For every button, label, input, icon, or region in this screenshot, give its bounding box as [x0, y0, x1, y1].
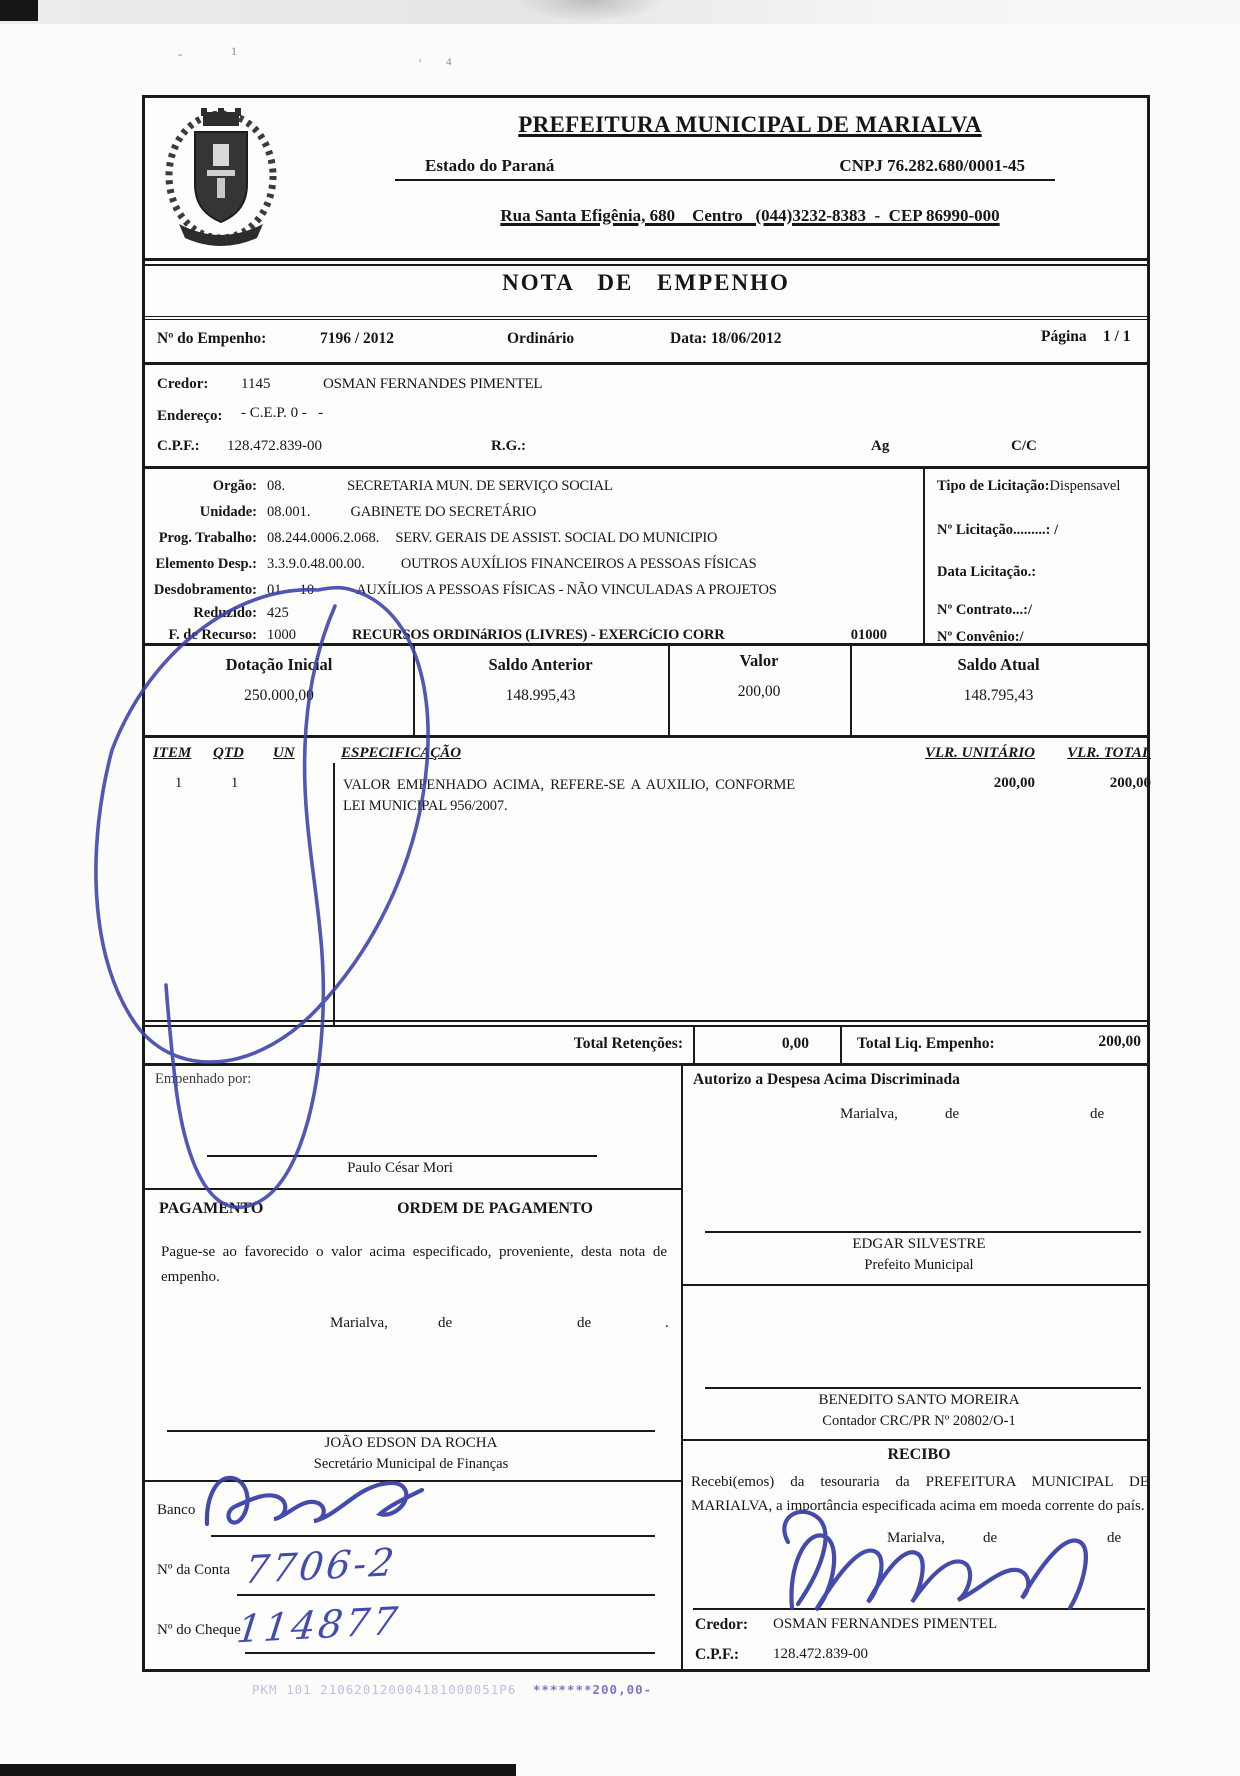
- scanned-document-page: - 1 ' 4 PREFEITURA MUNICIPAL DE MARIALVA: [0, 0, 1240, 1776]
- num-contrato: Nº Contrato...:/: [937, 602, 1032, 619]
- municipal-coat-of-arms: [157, 104, 285, 254]
- items-header-espec: ESPECIFICAÇÃO: [341, 745, 461, 762]
- dotacao-header: Saldo Atual: [850, 655, 1147, 675]
- total-retencoes-label: Total Retenções:: [435, 1035, 683, 1053]
- orgao-row: Orgão: 08. SECRETARIA MUN. DE SERVIÇO SO…: [145, 478, 917, 495]
- total-retencoes-value: 0,00: [701, 1035, 809, 1053]
- num-licitacao: Nº Licitação.........: /: [937, 522, 1058, 539]
- cpf-label: C.P.F.:: [157, 438, 200, 455]
- items-header-un: UN: [273, 745, 295, 762]
- nota-de-empenho-form: PREFEITURA MUNICIPAL DE MARIALVA Estado …: [142, 95, 1150, 1672]
- cheque-label: Nº do Cheque: [157, 1622, 241, 1639]
- cc-label: C/C: [1011, 438, 1037, 455]
- machine-print-dark: *******200,00-: [533, 1682, 652, 1697]
- orgao-row: Desdobramento: 01 10 AUXÍLIOS A PESSOAS …: [145, 582, 917, 599]
- items-header-unitario: VLR. UNITÁRIO: [885, 745, 1035, 762]
- scan-corner-mark: [0, 0, 38, 21]
- dotacao-header: Dotação Inicial: [145, 655, 413, 675]
- empenho-number-value: 7196 / 2012: [320, 330, 394, 348]
- total-liq-value: 200,00: [1003, 1033, 1141, 1051]
- pagamento-text: Pague-se ao favorecido o valor acima esp…: [161, 1240, 667, 1290]
- stray-mark: -: [178, 46, 182, 62]
- page-value: 1 / 1: [1103, 328, 1131, 346]
- dotacao-value: 250.000,00: [145, 687, 413, 705]
- prefeito-name: EDGAR SILVESTRE: [693, 1236, 1145, 1253]
- orgao-row: F. de Recurso: 1000 RECURSOS ORDINáRIOS …: [145, 627, 917, 644]
- tipo-licitacao-label: Tipo de Licitação:: [937, 478, 1050, 494]
- tipo-licitacao-value: Dispensavel: [1050, 478, 1121, 494]
- contador-name: BENEDITO SANTO MOREIRA: [693, 1392, 1145, 1409]
- total-liq-label: Total Liq. Empenho:: [857, 1035, 995, 1053]
- dotacao-value: 148.995,43: [413, 687, 668, 705]
- empenho-number-row: Nº do Empenho: 7196 / 2012 Ordinário Dat…: [145, 316, 1147, 365]
- recibo-credor-name: OSMAN FERNANDES PIMENTEL: [773, 1616, 997, 1633]
- dotacao-value: 200,00: [668, 683, 850, 701]
- credor-name: OSMAN FERNANDES PIMENTEL: [323, 376, 542, 393]
- scan-bottom-bar: [0, 1764, 516, 1776]
- orgao-row: Reduzido: 425: [145, 605, 917, 622]
- recibo-text: Recebi(emos) da tesouraria da PREFEITURA…: [691, 1471, 1149, 1518]
- pagamento-title: PAGAMENTO: [159, 1200, 263, 1218]
- document-title: NOTA DE EMPENHO: [502, 270, 790, 295]
- stray-mark: ': [419, 56, 421, 72]
- contador-role: Contador CRC/PR Nº 20802/O-1: [693, 1413, 1145, 1430]
- stray-mark: 4: [446, 56, 452, 68]
- conta-label: Nº da Conta: [157, 1562, 230, 1579]
- item-qtd: 1: [231, 775, 238, 792]
- recibo-cpf-label: C.P.F.:: [695, 1646, 739, 1664]
- autorizo-date-line: Marialva, de de: [145, 1106, 1147, 1126]
- ag-label: Ag: [871, 438, 889, 455]
- endereco-value: - C.E.P. 0 - -: [241, 405, 323, 422]
- totals-row: Total Retenções: 0,00 Total Liq. Empenho…: [145, 1025, 1147, 1066]
- address-row: Rua Santa Efigênia, 680 Centro (044)3232…: [365, 206, 1135, 226]
- credor-label: Credor:: [157, 376, 208, 393]
- orgao-section: Orgão: 08. SECRETARIA MUN. DE SERVIÇO SO…: [145, 466, 1147, 646]
- autorizo-title: Autorizo a Despesa Acima Discriminada: [693, 1071, 960, 1089]
- items-header-qtd: QTD: [213, 745, 244, 762]
- state-label: Estado do Paraná: [425, 156, 554, 176]
- empenho-date: Data: 18/06/2012: [670, 330, 782, 348]
- recibo-title: RECIBO: [693, 1446, 1145, 1464]
- scan-smudge: [515, 0, 665, 22]
- ordem-pagamento-title: ORDEM DE PAGAMENTO: [315, 1200, 675, 1218]
- cheque-handwritten-value: 114877: [234, 1599, 402, 1652]
- page-label: Página: [1041, 328, 1087, 346]
- credor-code: 1145: [241, 376, 270, 393]
- machine-print-line: PKM 101 210620120004181000051P6 *******2…: [252, 1682, 652, 1697]
- recibo-credor-label: Credor:: [695, 1616, 748, 1634]
- document-title-band: NOTA DE EMPENHO: [145, 270, 1147, 320]
- dotacao-table: Dotação Inicial Saldo Anterior Valor Sal…: [145, 643, 1147, 738]
- empenho-type: Ordinário: [507, 330, 574, 348]
- cnpj-value: CNPJ 76.282.680/0001-45: [839, 156, 1025, 176]
- prefeito-role: Prefeito Municipal: [693, 1257, 1145, 1274]
- form-header: PREFEITURA MUNICIPAL DE MARIALVA Estado …: [145, 98, 1147, 261]
- credor-box: Credor: 1145 OSMAN FERNANDES PIMENTEL En…: [145, 362, 1147, 469]
- secretario-role: Secretário Municipal de Finanças: [167, 1456, 655, 1473]
- items-header-item: ITEM: [153, 745, 191, 762]
- endereco-label: Endereço:: [157, 408, 223, 425]
- empenhado-signer-name: Paulo César Mori: [185, 1160, 615, 1177]
- items-table: ITEM QTD UN ESPECIFICAÇÃO VLR. UNITÁRIO …: [145, 735, 1147, 1025]
- rg-label: R.G.:: [491, 438, 526, 455]
- state-cnpj-row: Estado do Paraná CNPJ 76.282.680/0001-45: [395, 156, 1055, 181]
- banco-label: Banco: [157, 1502, 195, 1519]
- dotacao-header: Saldo Anterior: [413, 655, 668, 675]
- dotacao-value: 148.795,43: [850, 687, 1147, 705]
- item-espec: VALOR EMPENHADO ACIMA, REFERE-SE A AUXIL…: [343, 775, 795, 817]
- item-unitario: 200,00: [905, 775, 1035, 792]
- dotacao-header: Valor: [668, 651, 850, 671]
- data-licitacao: Data Licitação.:: [937, 564, 1036, 581]
- item-total: 200,00: [1021, 775, 1151, 792]
- items-header-total: VLR. TOTAL: [1025, 745, 1151, 762]
- orgao-row: Elemento Desp.: 3.3.9.0.48.00.00. OUTROS…: [145, 556, 917, 573]
- cpf-value: 128.472.839-00: [227, 438, 322, 455]
- stray-mark: 1: [231, 44, 237, 59]
- empenho-number-label: Nº do Empenho:: [157, 330, 266, 348]
- empenhado-por-label: Empenhado por:: [155, 1071, 251, 1088]
- orgao-row: Prog. Trabalho: 08.244.0006.2.068. SERV.…: [145, 530, 917, 547]
- secretario-name: JOÃO EDSON DA ROCHA: [167, 1435, 655, 1452]
- machine-print-faint: PKM 101 210620120004181000051P6: [252, 1682, 516, 1697]
- municipality-title: PREFEITURA MUNICIPAL DE MARIALVA: [360, 112, 1140, 138]
- orgao-row: Unidade: 08.001. GABINETE DO SECRETÁRIO: [145, 504, 917, 521]
- item-number: 1: [175, 775, 182, 792]
- recibo-cpf-value: 128.472.839-00: [773, 1646, 868, 1663]
- recibo-date-line: Marialva, de de: [145, 1530, 1147, 1550]
- pagamento-date-line: Marialva, de de .: [145, 1315, 681, 1335]
